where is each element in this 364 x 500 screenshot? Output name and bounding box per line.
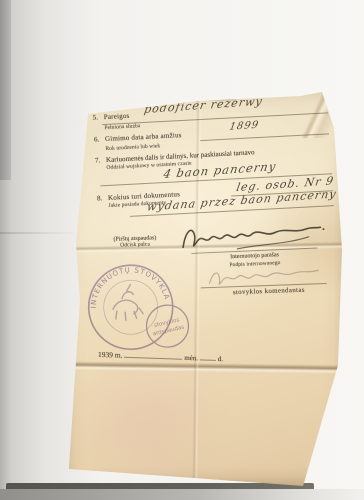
svg-text:INTERNUOTŲ STOVYKLA: INTERNUOTŲ STOVYKLA	[86, 263, 171, 309]
date-year-label: 1939 m.	[98, 350, 123, 360]
field5-value-handwritten: podoficer rezerwy	[143, 95, 264, 116]
stamp-arc-text: INTERNUOTŲ STOVYKLA	[86, 263, 171, 309]
field6-label-lt: Gimimo data arba amžius	[105, 131, 182, 143]
date-day-blank	[200, 351, 216, 361]
field7-number: 7.	[95, 156, 101, 164]
field6-value-handwritten: 1899	[228, 120, 259, 133]
stamp-emblem-vytis	[111, 283, 144, 321]
stamp-inner-ring	[101, 278, 160, 337]
field5-number: 5.	[93, 113, 99, 121]
background-sleeve-line	[0, 232, 78, 234]
field5-label-pl: Pełniona służba	[104, 123, 140, 131]
scanned-document-photo: 5. Pareigos podoficer rezerwy Pełniona s…	[0, 0, 364, 500]
date-day-label: d.	[218, 355, 224, 363]
field8-number: 8.	[97, 194, 103, 202]
date-month-label: mėn.	[184, 354, 198, 362]
background-left-edge	[0, 0, 11, 180]
fingerprint-caption-block: (Pirštų atspaudas) Odcisk palca	[90, 234, 180, 249]
field5-label-lt: Pareigos	[104, 112, 130, 121]
paper-document: 5. Pareigos podoficer rezerwy Pełniona s…	[62, 88, 348, 492]
field6-label-pl: Rok urodzenia lub wiek	[105, 143, 160, 152]
stamp-outer-ring	[85, 262, 176, 353]
field6-rule	[200, 133, 329, 141]
field6-number: 6.	[94, 135, 100, 143]
background-bottom-strip	[0, 489, 364, 500]
date-month-blank	[124, 349, 182, 360]
